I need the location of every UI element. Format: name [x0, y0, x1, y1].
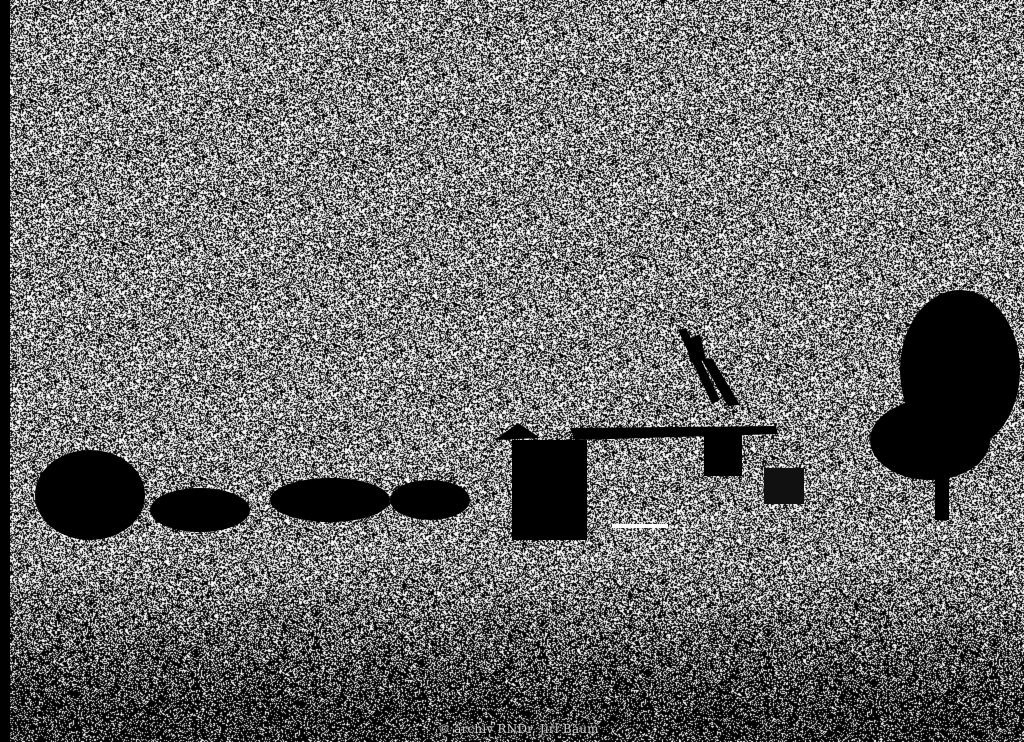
porch-roof	[495, 423, 540, 440]
window	[704, 432, 742, 476]
bushes-left	[35, 450, 470, 540]
copyright-caption: © archiv RNDr. Jiří Baum	[438, 722, 599, 736]
antenna-structure	[678, 328, 740, 406]
left-film-edge	[0, 0, 10, 742]
porch	[512, 440, 587, 540]
hut-roof	[570, 426, 778, 440]
scene-silhouettes	[0, 0, 1024, 742]
fence	[764, 468, 804, 504]
white-plank	[612, 524, 668, 528]
bird	[636, 254, 656, 266]
hut	[495, 423, 804, 540]
tree-right	[870, 290, 1020, 520]
photograph: © archiv RNDr. Jiří Baum	[0, 0, 1024, 742]
